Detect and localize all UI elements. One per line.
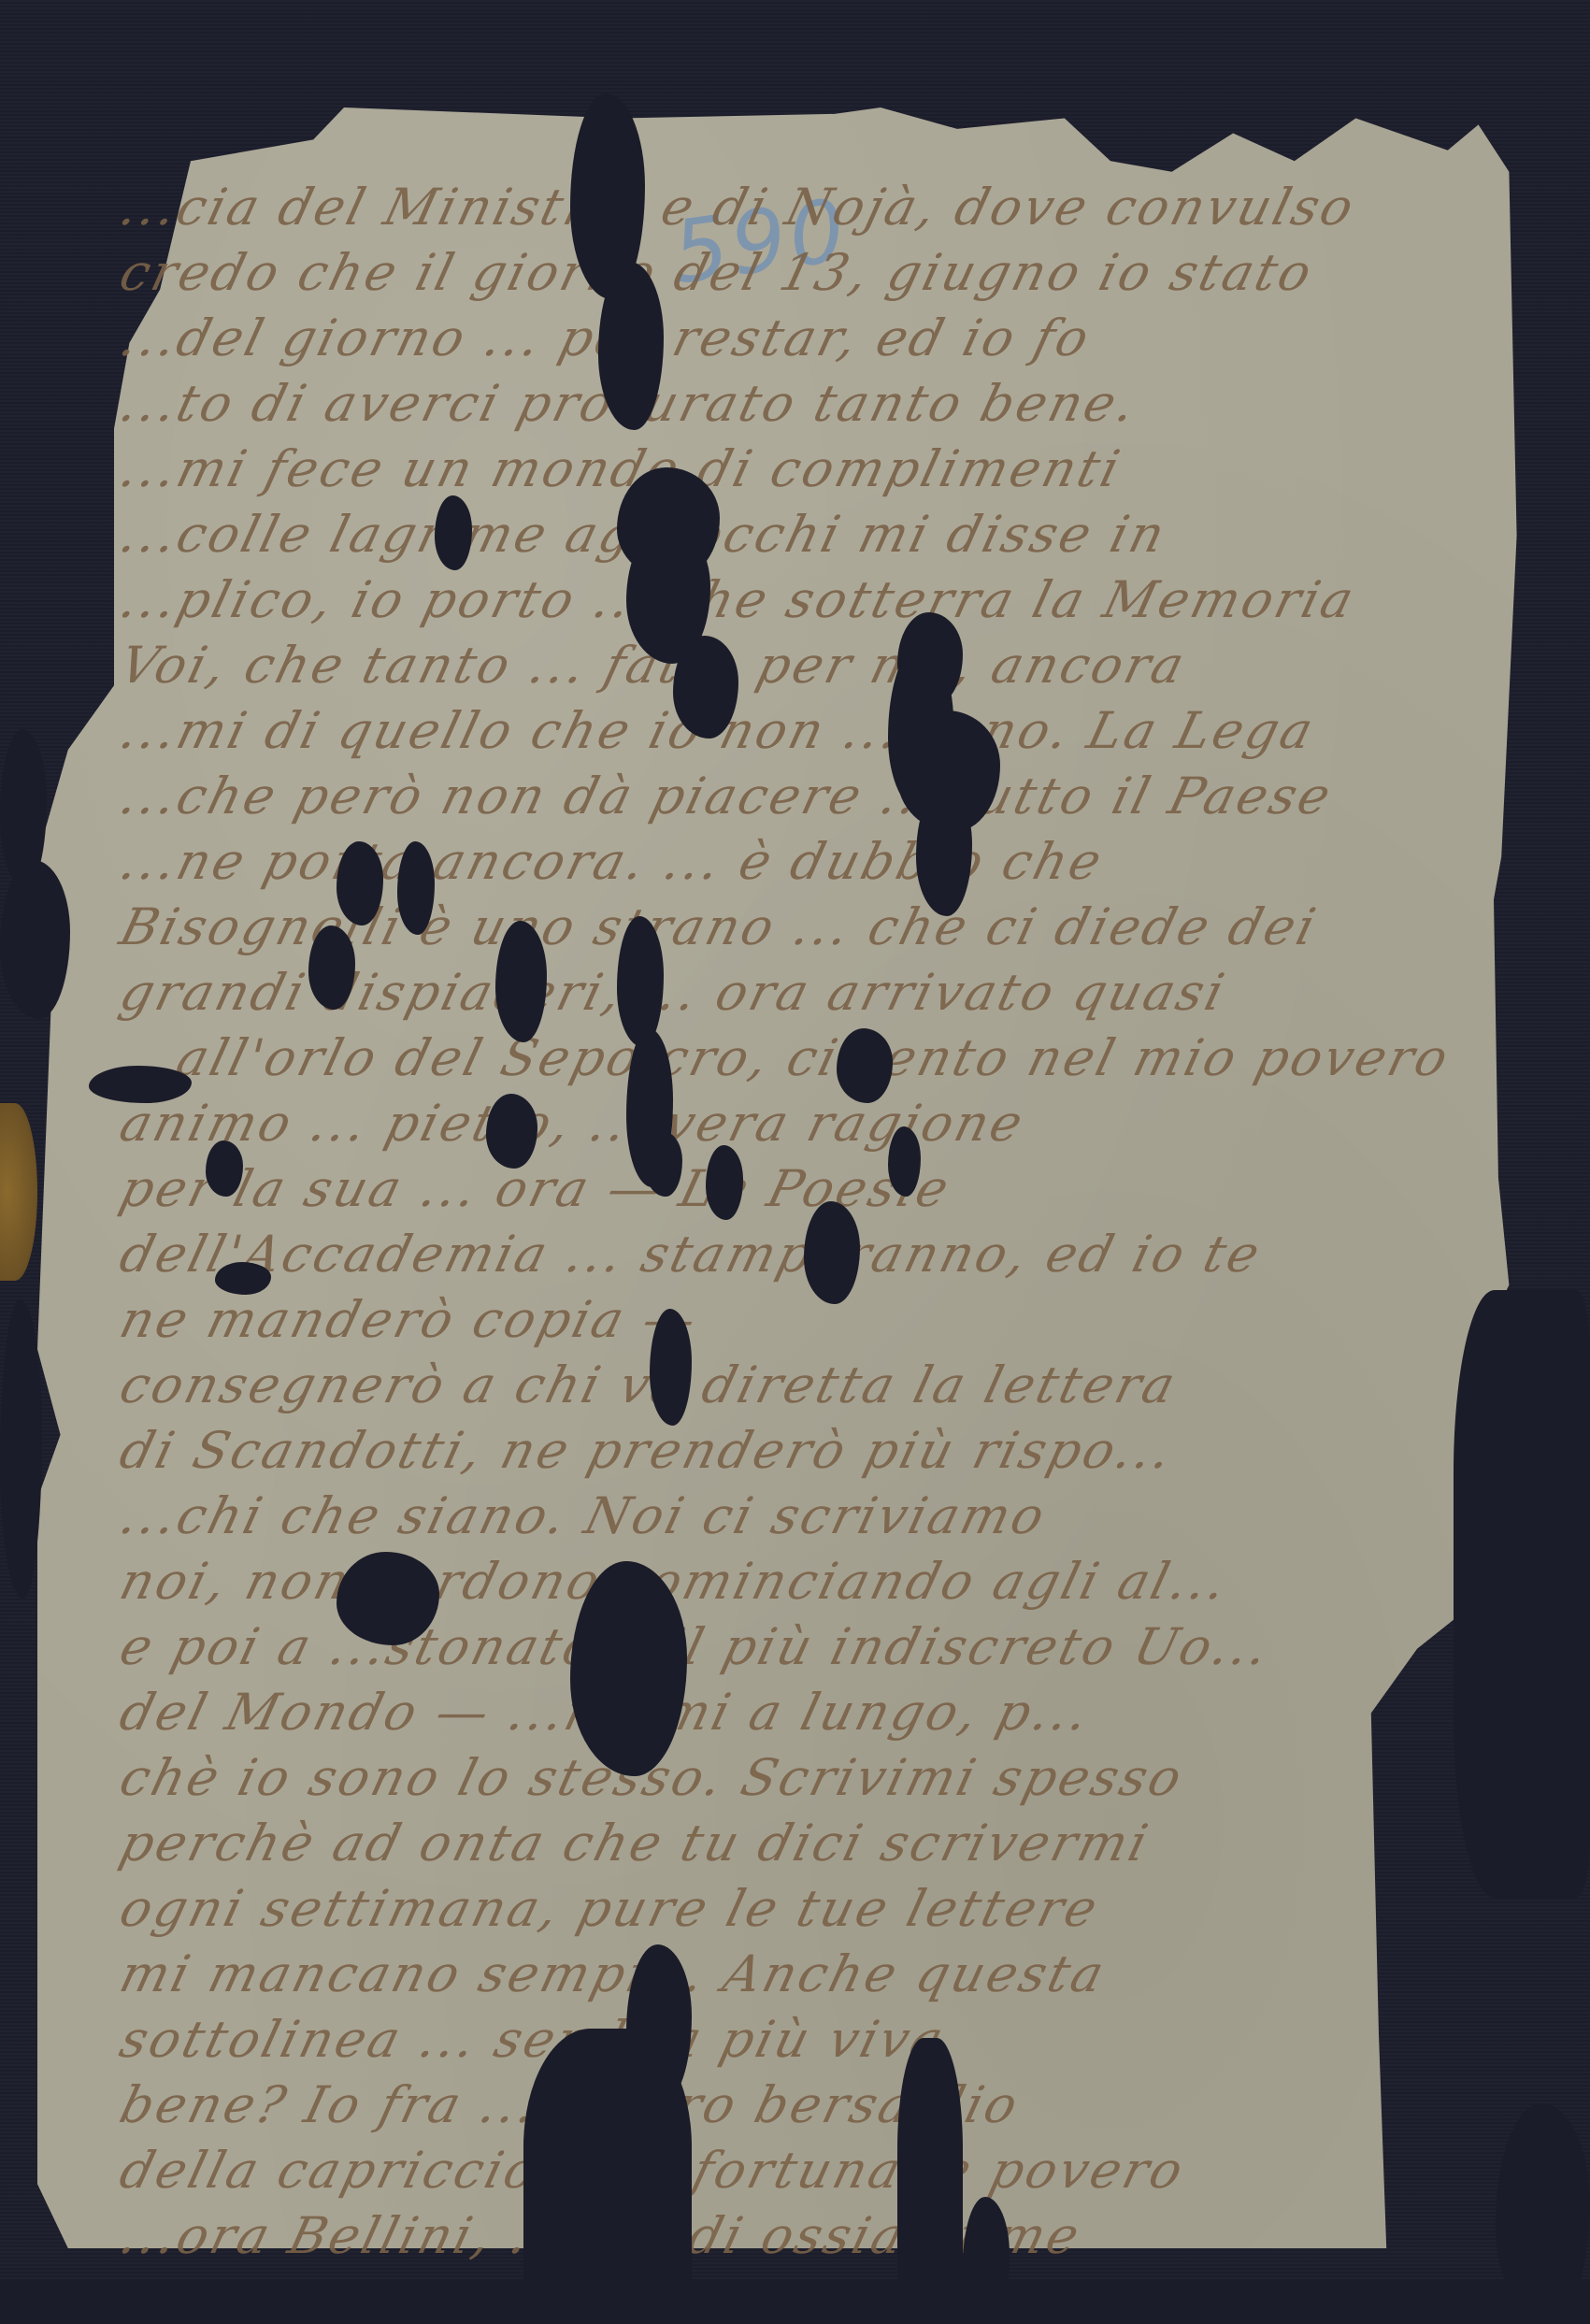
paper-hole xyxy=(0,2281,1590,2324)
paper-hole xyxy=(0,1299,42,1599)
paper-hole xyxy=(598,262,664,430)
paper-hole xyxy=(1454,1290,1590,1898)
paper-hole xyxy=(897,2038,963,2318)
text-line: ...plico, io porto ... che sotterra la M… xyxy=(114,570,1362,629)
text-line: grandi dispiaceri, ... ora arrivato quas… xyxy=(114,963,1232,1022)
text-line: mi mancano sempre. Anche questa xyxy=(114,1944,1112,2003)
paper-hole xyxy=(435,495,472,570)
text-line: ...all'orlo del Sepolcro, ci sento nel m… xyxy=(114,1028,1456,1087)
text-line: ...mi fece un mondo di complimenti xyxy=(114,439,1128,498)
paper-hole xyxy=(837,1028,893,1103)
text-line: perchè ad onta che tu dici scrivermi xyxy=(114,1814,1156,1872)
paper-hole xyxy=(706,1145,743,1220)
paper-hole xyxy=(486,1094,537,1169)
paper-hole xyxy=(673,636,738,739)
text-line: ne manderò copia — xyxy=(114,1290,705,1349)
paper-hole xyxy=(215,1262,271,1295)
paper-hole xyxy=(650,1309,692,1426)
text-line: ...cia del Ministro, e di Nojà, dove con… xyxy=(114,178,1362,237)
paper-hole xyxy=(804,1201,860,1304)
text-line: dell'Accademia ... stamperanno, ed io te xyxy=(114,1225,1268,1284)
paper-hole xyxy=(89,1066,192,1103)
paper-hole xyxy=(0,860,70,1019)
paper-hole xyxy=(397,841,435,935)
paper-hole xyxy=(645,1131,682,1197)
text-line: ...che però non dà piacere ... tutto il … xyxy=(114,767,1339,825)
text-line: sottolinea ... sembra più viva xyxy=(114,2010,952,2069)
paper-hole xyxy=(495,921,547,1042)
text-line: di Scandotti, ne prenderò più rispo... xyxy=(114,1421,1180,1480)
paper-hole xyxy=(897,710,1000,832)
paper-hole xyxy=(337,841,383,925)
text-line: e poi a ...stonato è il più indiscreto U… xyxy=(114,1617,1277,1676)
paper-hole xyxy=(308,925,355,1010)
text-line: credo che il giorno del 13, giugno io st… xyxy=(114,243,1320,302)
text-line: consegnerò a chi va diretta la lettera xyxy=(114,1356,1183,1414)
text-line: ogni settimana, pure le tue lettere xyxy=(114,1879,1106,1938)
text-line: Bisognelli è uno strano ... che ci diede… xyxy=(114,897,1324,956)
paper-hole xyxy=(570,1561,687,1776)
paper-hole xyxy=(206,1140,243,1197)
paper-hole xyxy=(626,1944,692,2103)
paper-hole xyxy=(617,916,664,1047)
paper-hole xyxy=(888,1126,921,1197)
text-line: ...chi che siano. Noi ci scriviamo xyxy=(114,1486,1053,1545)
paper-hole xyxy=(337,1552,439,1645)
